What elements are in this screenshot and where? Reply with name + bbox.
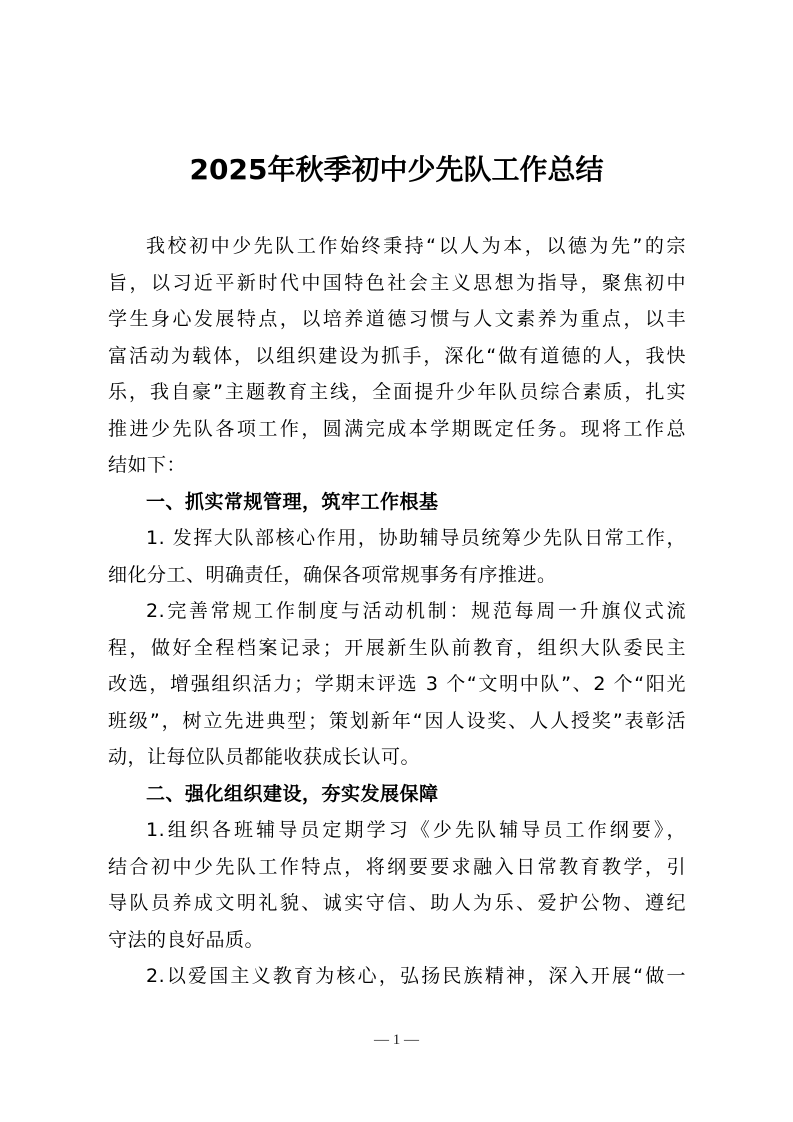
body-line: 1. 发挥大队部核心作用，协助辅导员统筹少先队日常工作， (108, 520, 686, 557)
body-line: 守法的良好品质。 (108, 922, 686, 959)
body-line: 乐，我自豪”主题教育主线，全面提升少年队员综合素质，扎实 (108, 374, 686, 411)
body-line: 推进少先队各项工作，圆满完成本学期既定任务。现将工作总 (108, 411, 686, 448)
body-line: 2.以爱国主义教育为核心，弘扬民族精神，深入开展“做一 (108, 958, 686, 995)
body-line: 学生身心发展特点，以培养道德习惯与人文素养为重点，以丰 (108, 301, 686, 338)
body-line: 改选，增强组织活力；学期末评选 3 个“文明中队”、2 个“阳光 (108, 666, 686, 703)
section-heading-2: 二、强化组织建设，夯实发展保障 (108, 776, 686, 813)
body-line: 动，让每位队员都能收获成长认可。 (108, 739, 686, 776)
section-heading-1: 一、抓实常规管理，筑牢工作根基 (108, 484, 686, 521)
body-line: 2.完善常规工作制度与活动机制：规范每周一升旗仪式流 (108, 593, 686, 630)
body-line: 旨，以习近平新时代中国特色社会主义思想为指导，聚焦初中 (108, 265, 686, 302)
body-line: 结如下： (108, 447, 686, 484)
document-body: 我校初中少先队工作始终秉持“以人为本，以德为先”的宗 旨，以习近平新时代中国特色… (108, 228, 686, 995)
body-line: 程，做好全程档案记录；开展新生队前教育，组织大队委民主 (108, 630, 686, 667)
body-line: 1.组织各班辅导员定期学习《少先队辅导员工作纲要》， (108, 812, 686, 849)
body-line: 班级”，树立先进典型；策划新年“因人设奖、人人授奖”表彰活 (108, 703, 686, 740)
page-number: — 1 — (0, 1032, 793, 1049)
document-title: 2025年秋季初中少先队工作总结 (0, 150, 793, 190)
body-line: 细化分工、明确责任，确保各项常规事务有序推进。 (108, 557, 686, 594)
body-line: 导队员养成文明礼貌、诚实守信、助人为乐、爱护公物、遵纪 (108, 885, 686, 922)
body-line: 我校初中少先队工作始终秉持“以人为本，以德为先”的宗 (108, 228, 686, 265)
body-line: 结合初中少先队工作特点，将纲要要求融入日常教育教学，引 (108, 849, 686, 886)
body-line: 富活动为载体，以组织建设为抓手，深化“做有道德的人，我快 (108, 338, 686, 375)
document-page: 2025年秋季初中少先队工作总结 我校初中少先队工作始终秉持“以人为本，以德为先… (0, 0, 793, 1122)
